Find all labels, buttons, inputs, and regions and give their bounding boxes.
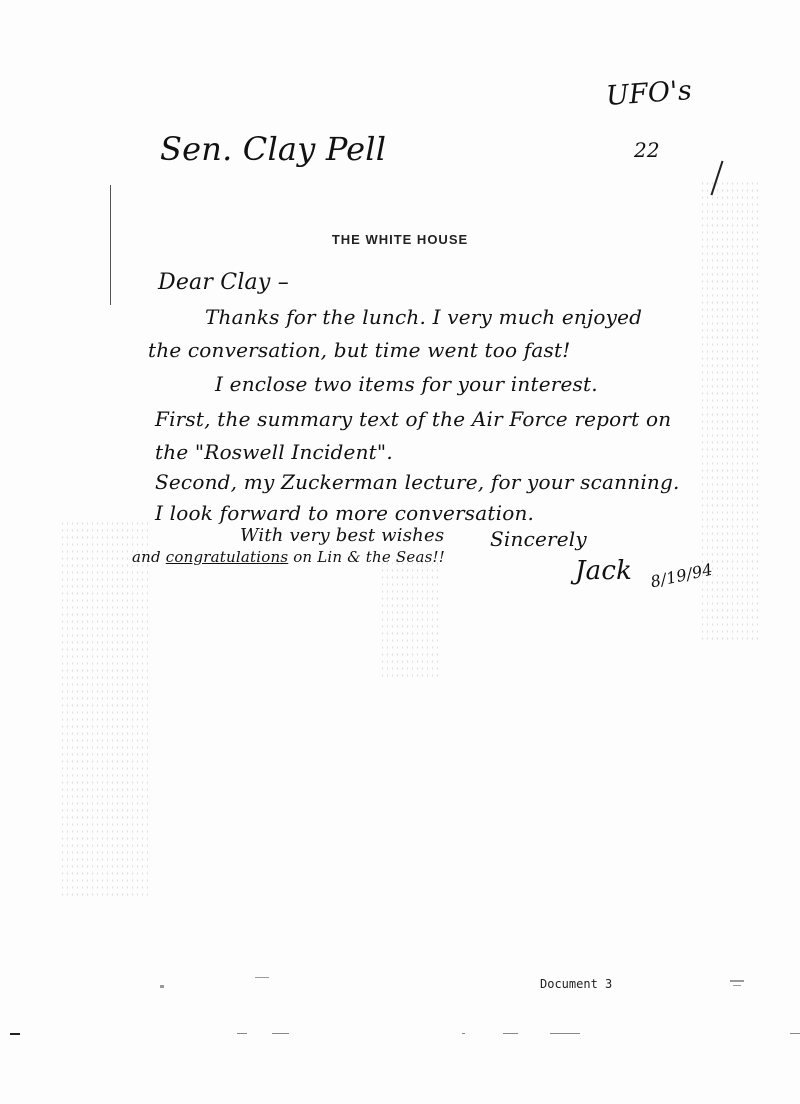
letterhead: THE WHITE HOUSE: [0, 232, 800, 247]
scan-edge-mark: [272, 1033, 289, 1034]
scan-edge-mark: [237, 1033, 247, 1034]
letter-line: the "Roswell Incident".: [155, 440, 393, 464]
scan-edge-mark: [550, 1033, 580, 1034]
letter-line: I enclose two items for your interest.: [215, 372, 598, 396]
postscript: and congratulations on Lin & the Seas!!: [132, 548, 445, 566]
postscript-prefix: and: [132, 548, 166, 566]
scan-edge-mark: [462, 1033, 465, 1034]
sign-off: Sincerely: [490, 527, 587, 551]
scan-artifact: [160, 985, 164, 988]
scan-artifact: [733, 985, 741, 986]
scan-noise-center: [380, 560, 440, 680]
scanned-letter-page: UFO's 22 Sen. Clay Pell THE WHITE HOUSE …: [0, 0, 800, 1104]
letter-line: the conversation, but time went too fast…: [148, 338, 570, 362]
salutation: Dear Clay –: [158, 270, 289, 295]
scan-artifact: [255, 977, 269, 978]
letter-line: First, the summary text of the Air Force…: [155, 407, 671, 431]
document-label: Document 3: [540, 977, 612, 991]
closing: With very best wishes: [240, 525, 444, 546]
postscript-underlined-word: congratulations: [166, 548, 288, 566]
page-number-annotation: 22: [634, 138, 660, 162]
scan-artifact: [730, 980, 744, 982]
ufo-annotation: UFO's: [605, 75, 693, 112]
letter-line: I look forward to more conversation.: [155, 501, 534, 525]
letter-line: Second, my Zuckerman lecture, for your s…: [155, 470, 680, 494]
scan-noise-left: [60, 520, 150, 900]
recipient-annotation: Sen. Clay Pell: [160, 130, 386, 168]
letter-line: Thanks for the lunch. I very much enjoye…: [205, 305, 642, 329]
signature: Jack: [575, 556, 632, 586]
scan-edge-mark: [503, 1033, 518, 1034]
scan-edge-mark: [10, 1033, 20, 1035]
postscript-suffix: on Lin & the Seas!!: [288, 548, 445, 566]
scan-edge-mark: [790, 1033, 800, 1034]
